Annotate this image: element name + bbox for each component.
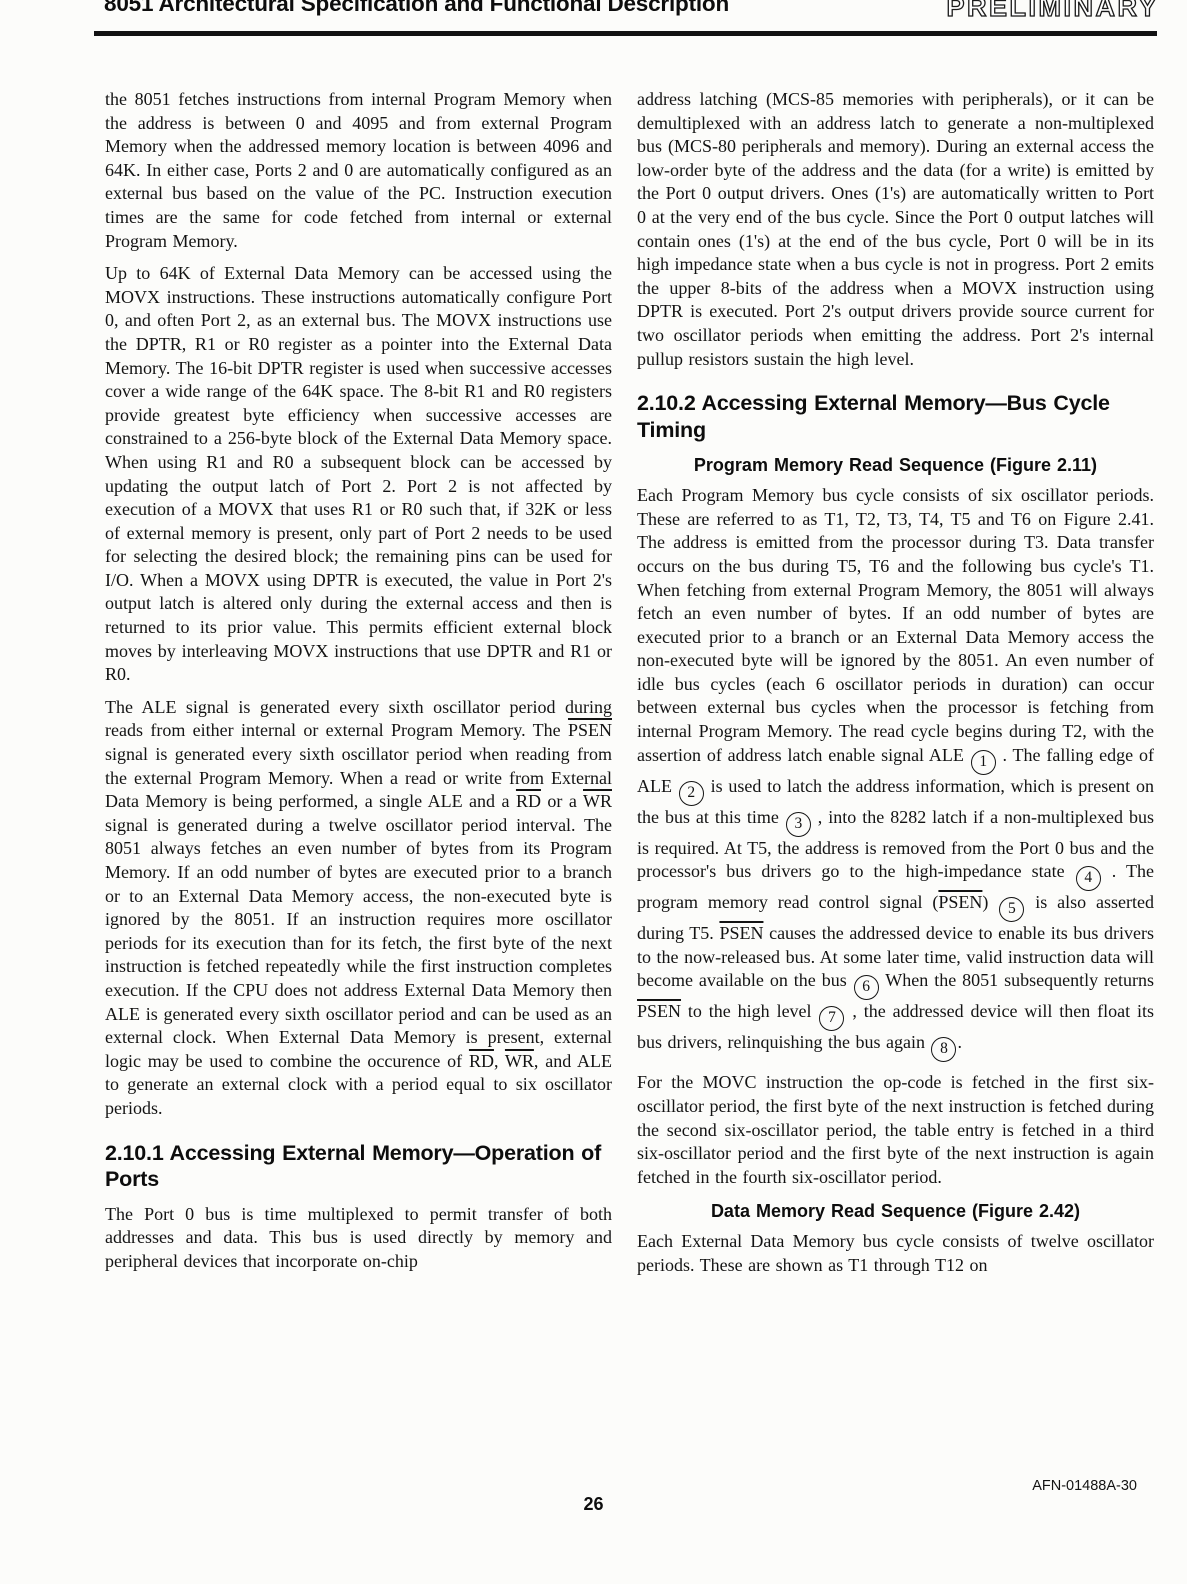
right-column: address latching (MCS-85 memories with p… xyxy=(637,88,1154,1287)
paragraph: the 8051 fetches instructions from inter… xyxy=(105,88,612,253)
circled-number: 4 xyxy=(1076,866,1101,891)
page-number: 26 xyxy=(0,1494,1187,1515)
paragraph: Each Program Memory bus cycle consists o… xyxy=(637,484,1154,1062)
overlined-signal: PSEN xyxy=(719,923,763,943)
text-run: address latching (MCS-85 memories with p… xyxy=(637,89,1154,369)
circled-number: 6 xyxy=(854,975,879,1000)
overlined-signal: PSEN xyxy=(637,1001,681,1021)
paragraph: For the MOVC instruction the op-code is … xyxy=(637,1071,1154,1189)
text-run: When the 8051 subsequently returns xyxy=(880,970,1154,990)
text-run: Each Program Memory bus cycle consists o… xyxy=(637,485,1154,765)
text-run: or a xyxy=(541,791,583,811)
text-run: signal is generated during a twelve osci… xyxy=(105,815,612,1071)
page-header-title: 8051 Architectural Specification and Fun… xyxy=(104,0,729,17)
section-heading: 2.10.1 Accessing External Memory—Operati… xyxy=(105,1140,612,1193)
paragraph: Up to 64K of External Data Memory can be… xyxy=(105,262,612,687)
circled-number: 8 xyxy=(931,1037,956,1062)
paragraph: address latching (MCS-85 memories with p… xyxy=(637,88,1154,371)
document-page: 8051 Architectural Specification and Fun… xyxy=(0,0,1187,1584)
overlined-signal: PSEN xyxy=(938,892,982,912)
overlined-signal: RD xyxy=(516,791,541,811)
overlined-signal: WR xyxy=(505,1051,534,1071)
text-run: Up to 64K of External Data Memory can be… xyxy=(105,263,612,684)
preliminary-stamp: PRELIMINARY xyxy=(946,0,1159,23)
text-run: , xyxy=(494,1051,505,1071)
paragraph: The Port 0 bus is time multiplexed to pe… xyxy=(105,1203,612,1274)
sub-heading: Program Memory Read Sequence (Figure 2.1… xyxy=(637,454,1154,476)
circled-number: 5 xyxy=(999,897,1024,922)
text-run: ) xyxy=(982,892,998,912)
overlined-signal: PSEN xyxy=(568,720,612,740)
paragraph: Each External Data Memory bus cycle cons… xyxy=(637,1230,1154,1277)
text-run: the 8051 fetches instructions from inter… xyxy=(105,89,612,251)
document-number: AFN-01488A-30 xyxy=(1032,1478,1137,1494)
header-rule xyxy=(94,31,1157,36)
section-heading: 2.10.2 Accessing External Memory—Bus Cyc… xyxy=(637,390,1154,443)
overlined-signal: RD xyxy=(469,1051,494,1071)
circled-number: 1 xyxy=(971,750,996,775)
circled-number: 3 xyxy=(786,812,811,837)
paragraph: The ALE signal is generated every sixth … xyxy=(105,696,612,1121)
text-run: Each External Data Memory bus cycle cons… xyxy=(637,1231,1154,1275)
text-run: to the high level xyxy=(681,1001,818,1021)
circled-number: 2 xyxy=(679,781,704,806)
circled-number: 7 xyxy=(819,1006,844,1031)
left-column: the 8051 fetches instructions from inter… xyxy=(105,88,612,1282)
text-run: For the MOVC instruction the op-code is … xyxy=(637,1072,1154,1186)
overlined-signal: WR xyxy=(583,791,612,811)
text-run: The Port 0 bus is time multiplexed to pe… xyxy=(105,1204,612,1271)
text-run: The ALE signal is generated every sixth … xyxy=(105,697,612,741)
sub-heading: Data Memory Read Sequence (Figure 2.42) xyxy=(637,1200,1154,1222)
text-run: . xyxy=(957,1032,962,1052)
